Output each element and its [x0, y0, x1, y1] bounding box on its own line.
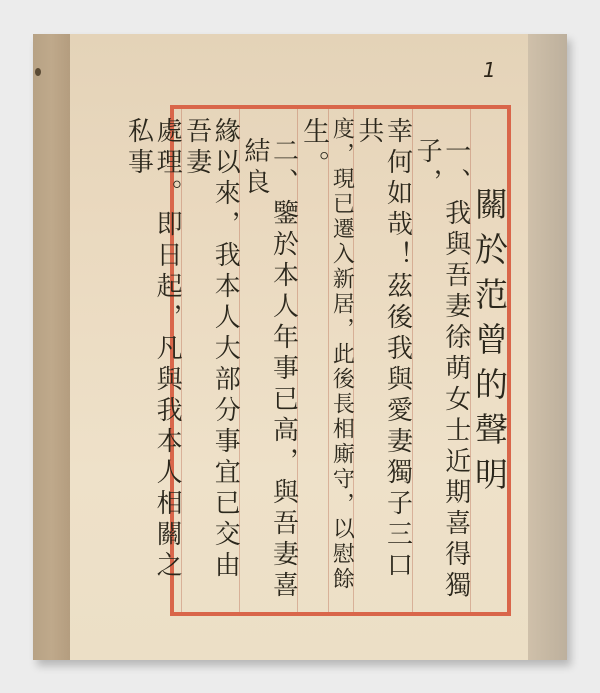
- text-column: 處理。即日起，凡與我本人相關之私事: [124, 109, 181, 612]
- ink-stain: [35, 68, 41, 76]
- text-column: 二、鑒於本人年事已高，與吾妻喜結良: [239, 109, 297, 612]
- text-column: 緣以來，我本人大部分事宜已交由吾妻: [181, 109, 239, 612]
- column-text: 幸何如哉！茲後我與愛妻獨子三口共: [354, 117, 411, 612]
- right-mounting-strip: [528, 34, 567, 660]
- text-column: 一、我與吾妻徐萌女士近期喜得獨子，: [412, 109, 470, 612]
- text-column: 生。: [297, 109, 328, 612]
- text-column: 幸何如哉！茲後我與愛妻獨子三口共: [353, 109, 411, 612]
- document-mount: 1 關於范曾的聲明 一、我與吾妻徐萌女士近期喜得獨子， 幸何如哉！茲後我與愛妻獨…: [33, 34, 567, 660]
- manuscript-paper: 1 關於范曾的聲明 一、我與吾妻徐萌女士近期喜得獨子， 幸何如哉！茲後我與愛妻獨…: [70, 34, 528, 660]
- column-text: 二、鑒於本人年事已高，與吾妻喜結良: [240, 137, 297, 612]
- document-title: 關於范曾的聲明: [471, 187, 507, 502]
- column-text: 度，現已遷入新居，此後長相廝守，以慰餘: [329, 117, 353, 592]
- page-number: 1: [483, 58, 496, 82]
- text-columns: 關於范曾的聲明 一、我與吾妻徐萌女士近期喜得獨子， 幸何如哉！茲後我與愛妻獨子三…: [174, 109, 507, 612]
- column-text: 一、我與吾妻徐萌女士近期喜得獨子，: [413, 137, 470, 612]
- column-text: 生。: [298, 117, 328, 183]
- title-column: 關於范曾的聲明: [470, 109, 507, 612]
- text-column: 度，現已遷入新居，此後長相廝守，以慰餘: [328, 109, 353, 612]
- column-text: 處理。即日起，凡與我本人相關之私事: [124, 117, 181, 612]
- column-text: 緣以來，我本人大部分事宜已交由吾妻: [182, 117, 239, 612]
- red-border-frame: 關於范曾的聲明 一、我與吾妻徐萌女士近期喜得獨子， 幸何如哉！茲後我與愛妻獨子三…: [170, 105, 511, 616]
- left-mounting-strip: [33, 34, 70, 660]
